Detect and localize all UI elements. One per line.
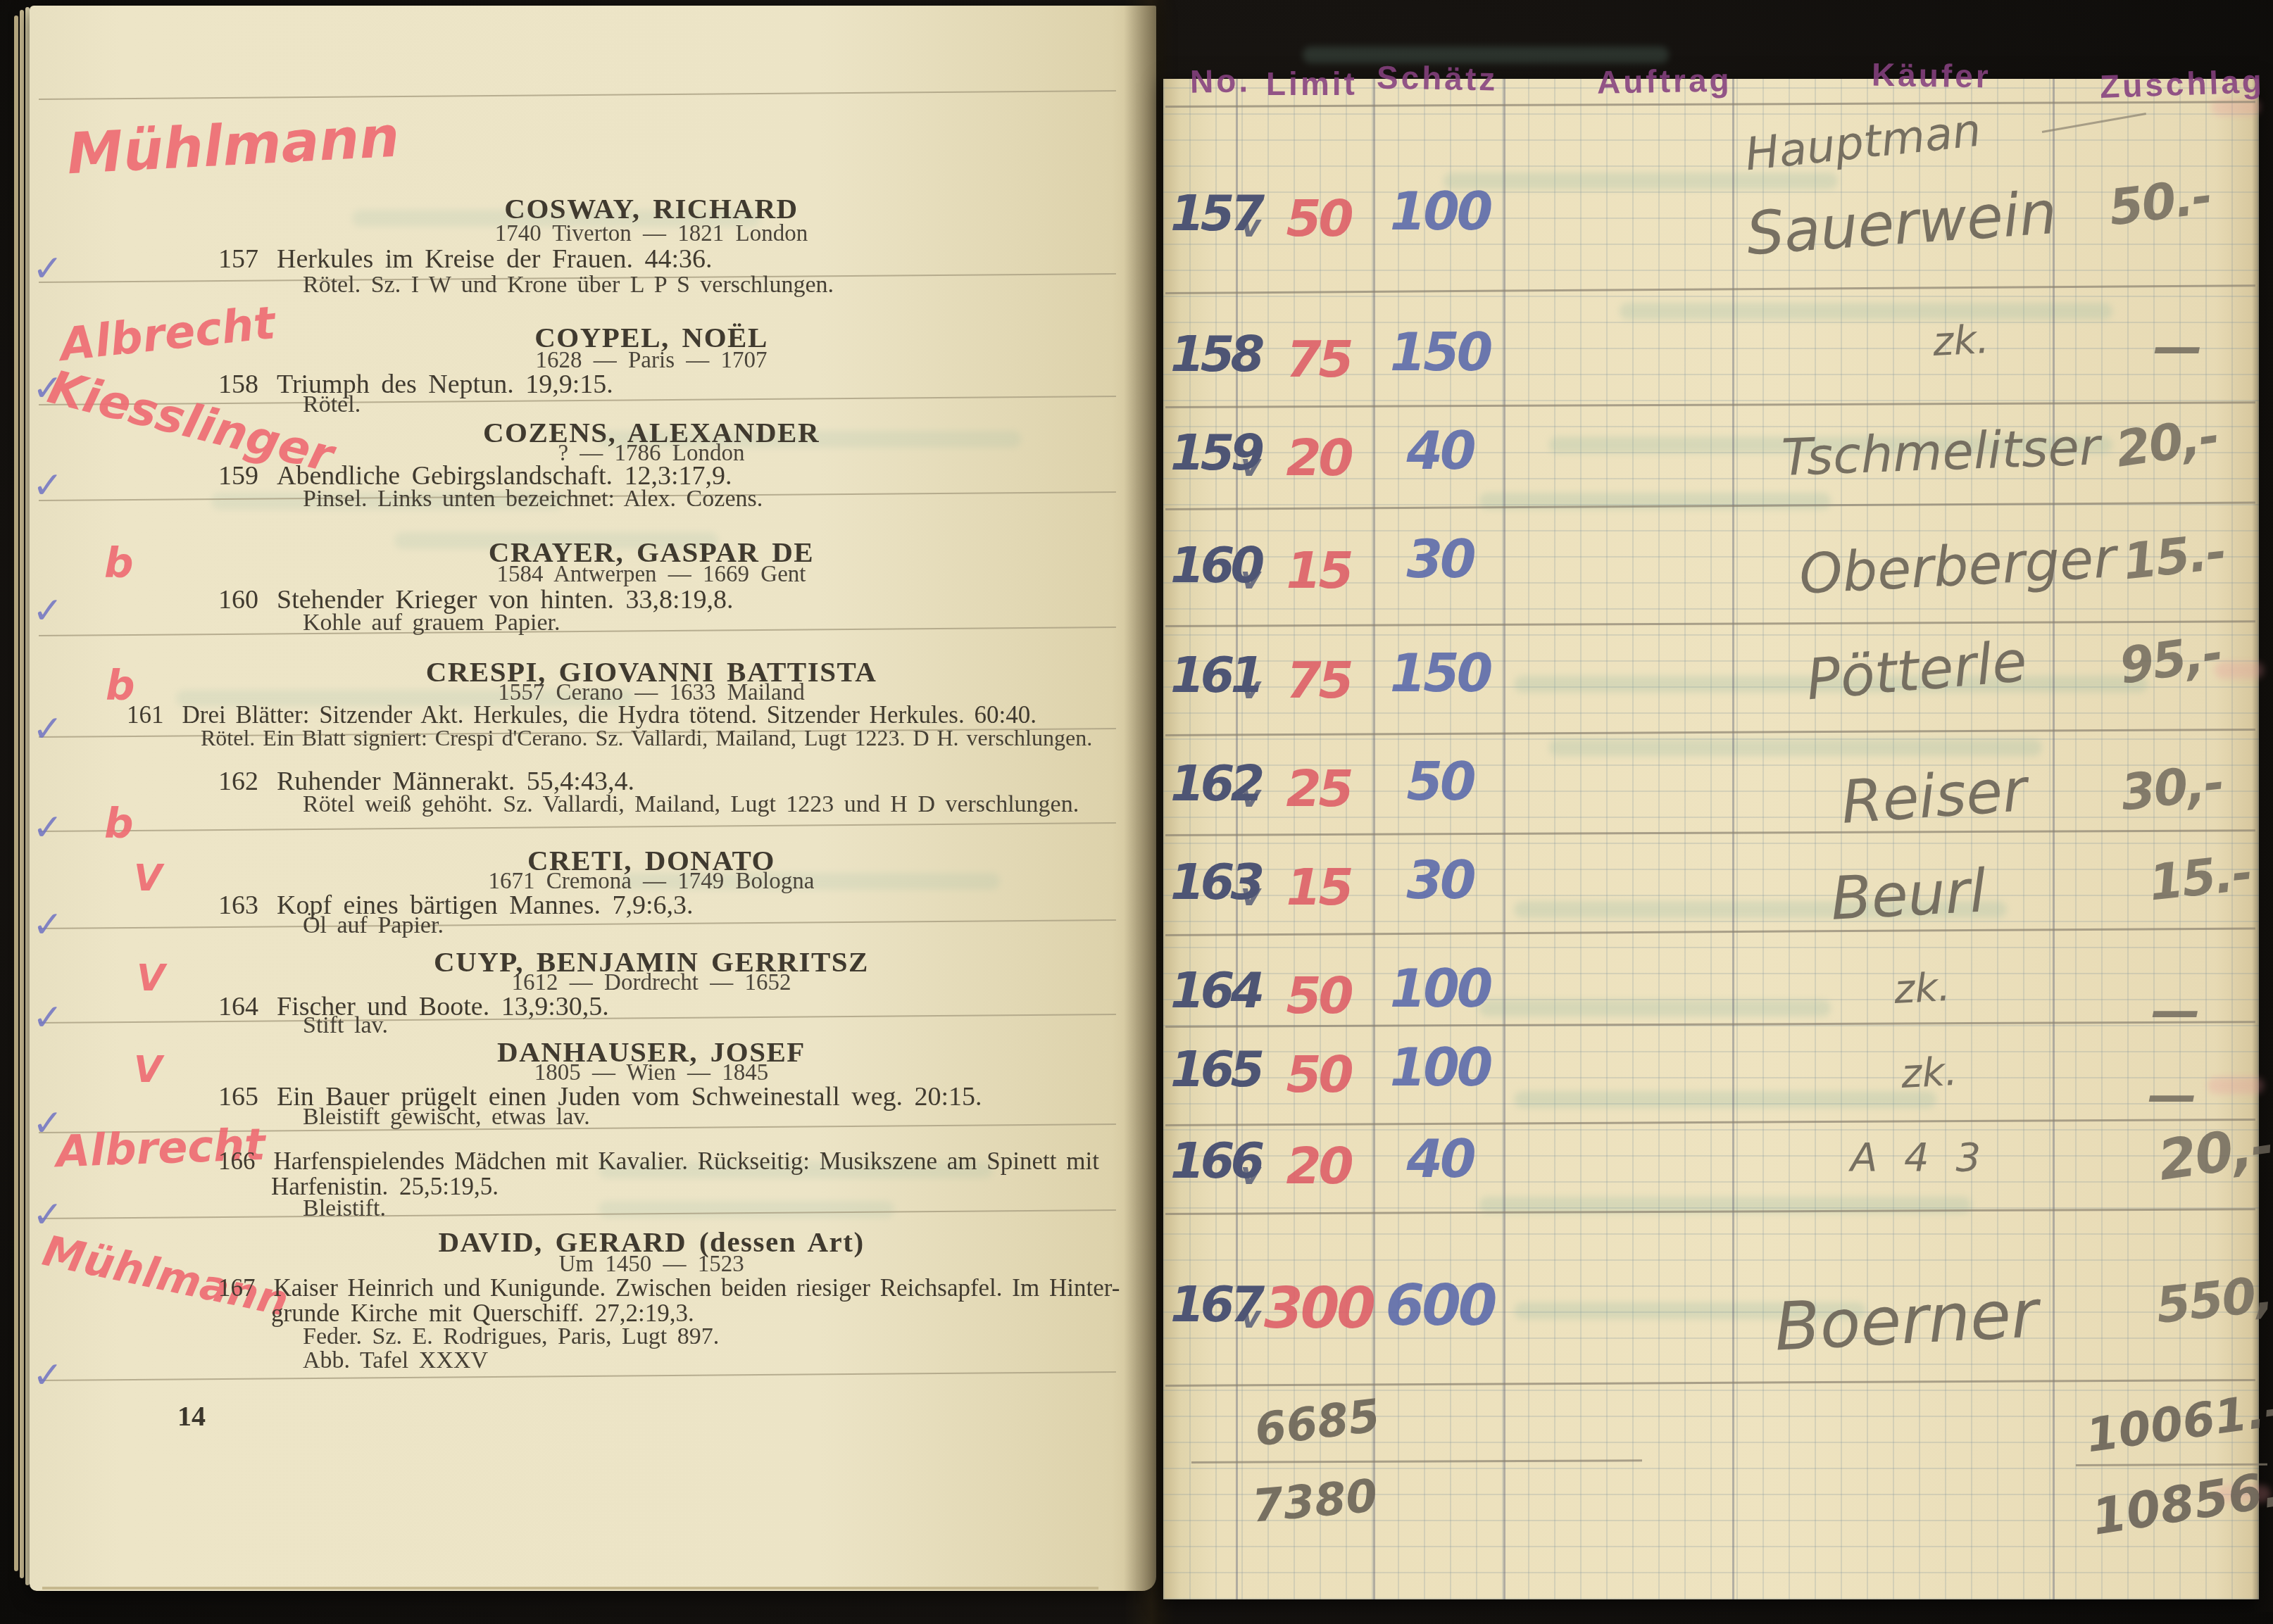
ledger-limit: 20 (1264, 1136, 1373, 1195)
lot-number: 162 (218, 767, 258, 796)
page-number: 14 (177, 1399, 206, 1433)
ledger-estimate: 150 (1380, 643, 1500, 704)
ledger-hammer-price: — (2148, 1066, 2196, 1124)
column-header-schaetz: Schätz (1377, 58, 1498, 99)
ledger-check-icon: v (1241, 877, 1261, 913)
ledger-limit: 50 (1264, 966, 1373, 1025)
margin-check-icon: ✓ (32, 465, 63, 507)
ledger-limit: 75 (1264, 329, 1373, 389)
column-header-no: No. (1190, 61, 1251, 100)
lot-167-line: 167Kaiser Heinrich und Kunigunde. Zwisch… (218, 1274, 1120, 1302)
lot-161-note: Rötel. Ein Blatt signiert: Crespi d'Cera… (201, 725, 1092, 751)
ledger-buyer: Tschmelitser (1781, 417, 2101, 487)
lot-number: 157 (218, 244, 258, 274)
catalog-spread-scan: ✓ ✓ ✓ ✓ ✓ ✓ ✓ ✓ ✓ ✓ ✓ Mühlmann Albrecht … (0, 0, 2273, 1624)
margin-check-icon: ✓ (32, 904, 63, 946)
ledger-no: 158 (1170, 325, 1260, 383)
ledger-estimate: 100 (1380, 1038, 1500, 1098)
ledger-limit: 15 (1264, 857, 1373, 917)
lot-158-line: 158Triumph des Neptun. 19,9:15. (218, 369, 613, 400)
ledger-no: 165 (1170, 1040, 1260, 1098)
ledger-limit: 75 (1264, 650, 1373, 710)
ledger-check-icon: v (1241, 208, 1261, 244)
margin-check-icon: ✓ (32, 708, 63, 750)
page-stack-edge (14, 15, 18, 1571)
margin-mark: V (134, 857, 162, 900)
column-divider (1503, 79, 1505, 1599)
lot-title: Harfenspielendes Mädchen mit Kavalier. R… (274, 1147, 1099, 1175)
ledger-limit: 25 (1264, 759, 1373, 818)
lot-165-note: Bleistift gewischt, etwas lav. (303, 1104, 590, 1131)
ledger-hammer-price: 15.- (2146, 844, 2254, 912)
ledger-limit: 20 (1264, 428, 1373, 487)
page-stack-edge (20, 10, 24, 1578)
bleedthrough (2208, 1077, 2264, 1094)
ledger-hammer-price: — (2153, 318, 2201, 376)
bleedthrough (1549, 739, 2042, 756)
bleedthrough (1479, 1000, 1831, 1016)
lot-159-note: Pinsel. Links unten bezeichnet: Alex. Co… (303, 486, 763, 512)
lot-167-note: Feder. Sz. E. Rodrigues, Paris, Lugt 897… (303, 1323, 719, 1350)
page-stack-edge-bottom (42, 1587, 1098, 1590)
margin-mark: b (104, 539, 134, 587)
ledger-hammer-price: 30,- (2118, 754, 2226, 822)
margin-check-icon: ✓ (32, 807, 63, 849)
ledger-buyer: zk. (1931, 317, 1990, 365)
ledger-hammer-price: — (2151, 982, 2199, 1040)
lot-157-note: Rötel. Sz. I W und Krone über L P S vers… (303, 272, 834, 298)
margin-mark: V (137, 957, 165, 1000)
margin-check-icon: ✓ (32, 997, 63, 1039)
ledger-no: 164 (1170, 962, 1260, 1019)
ledger-estimate: 100 (1380, 959, 1500, 1019)
column-header-auftrag: Auftrag (1597, 61, 1732, 101)
ledger-buyer: zk. (1900, 1049, 1958, 1097)
ledger-hammer-price: 50.- (2106, 167, 2215, 237)
lot-number: 160 (218, 585, 258, 615)
artist-header: COSWAY, RICHARD (211, 191, 1091, 225)
ledger-buyer: Boerner (1772, 1276, 2040, 1366)
ledger-check-icon: v (1241, 560, 1261, 596)
ledger-estimate: 50 (1380, 752, 1500, 812)
ledger-limit: 50 (1264, 1045, 1373, 1104)
lot-158-note: Rötel. (303, 391, 361, 418)
lot-160-note: Kohle auf grauem Papier. (303, 610, 560, 636)
lot-number: 163 (218, 890, 258, 920)
lot-number: 164 (218, 992, 258, 1021)
ledger-estimate: 150 (1380, 322, 1500, 383)
lot-title: Herkules im Kreise der Frauen. 44:36. (277, 244, 713, 274)
ledger-limit: 15 (1264, 541, 1373, 600)
lot-number: 166 (218, 1147, 256, 1175)
margin-check-icon: ✓ (32, 1354, 63, 1397)
ledger-check-icon: v (1241, 448, 1261, 484)
lot-163-note: Öl auf Papier. (303, 912, 444, 939)
margin-check-icon: ✓ (32, 590, 63, 632)
column-divider (1236, 79, 1238, 1599)
ledger-limit: 300 (1264, 1276, 1373, 1341)
column-header-zuschlag: Zuschlag (2099, 62, 2265, 106)
column-divider (1373, 79, 1375, 1599)
bleedthrough (1514, 1091, 1936, 1108)
lot-number: 165 (218, 1082, 258, 1112)
ledger-estimate: 600 (1380, 1273, 1500, 1338)
lot-number: 161 (127, 701, 164, 729)
ledger-estimate: 30 (1380, 850, 1500, 911)
ledger-limit: 50 (1264, 189, 1373, 248)
lot-167-plate-ref: Abb. Tafel XXXV (303, 1347, 488, 1374)
ledger-estimate: 30 (1380, 529, 1500, 590)
ledger-buyer: Beurl (1829, 856, 1988, 933)
lot-number: 158 (218, 370, 258, 399)
ledger-check-icon: v (1241, 779, 1261, 814)
margin-check-icon: ✓ (32, 248, 63, 290)
bleedthrough (599, 1201, 894, 1218)
column-header-limit: Limit (1266, 65, 1358, 103)
margin-mark: V (134, 1049, 162, 1091)
lot-title: Kaiser Heinrich und Kunigunde. Zwischen … (274, 1274, 1120, 1302)
ledger-buyer: Reiser (1839, 755, 2029, 837)
column-divider (2053, 79, 2055, 1599)
lot-157-line: 157Herkules im Kreise der Frauen. 44:36. (218, 244, 713, 275)
ledger-buyer: A 4 3 (1851, 1135, 1988, 1181)
margin-mark: b (104, 800, 134, 848)
ledger-estimate: 100 (1380, 182, 1500, 242)
ledger-check-icon: v (1241, 1299, 1261, 1335)
lot-162-note: Rötel weiß gehöht. Sz. Vallardi, Mailand… (303, 791, 1079, 818)
lot-number: 167 (218, 1274, 256, 1302)
ledger-estimate: 40 (1380, 421, 1500, 481)
lot-163-line: 163Kopf eines bärtigen Mannes. 7,9:6,3. (218, 890, 694, 921)
lot-number: 159 (218, 461, 258, 491)
lot-166-line: 166Harfenspielendes Mädchen mit Kavalier… (218, 1147, 1099, 1176)
lot-164-line: 164Fischer und Boote. 13,9:30,5. (218, 991, 609, 1022)
bleedthrough (1620, 303, 2112, 320)
column-divider (1732, 79, 1734, 1599)
ledger-check-icon: v (1241, 1156, 1261, 1192)
lot-166-note: Bleistift. (303, 1195, 386, 1222)
column-header-kaeufer: Käufer (1872, 56, 1992, 96)
ledger-estimate: 40 (1380, 1129, 1500, 1190)
ledger-hammer-price: 15.- (2120, 523, 2228, 591)
ledger-buyer: zk. (1893, 964, 1951, 1013)
ledger-check-icon: v (1241, 670, 1261, 706)
limit-total: 7380 (1250, 1470, 1379, 1532)
